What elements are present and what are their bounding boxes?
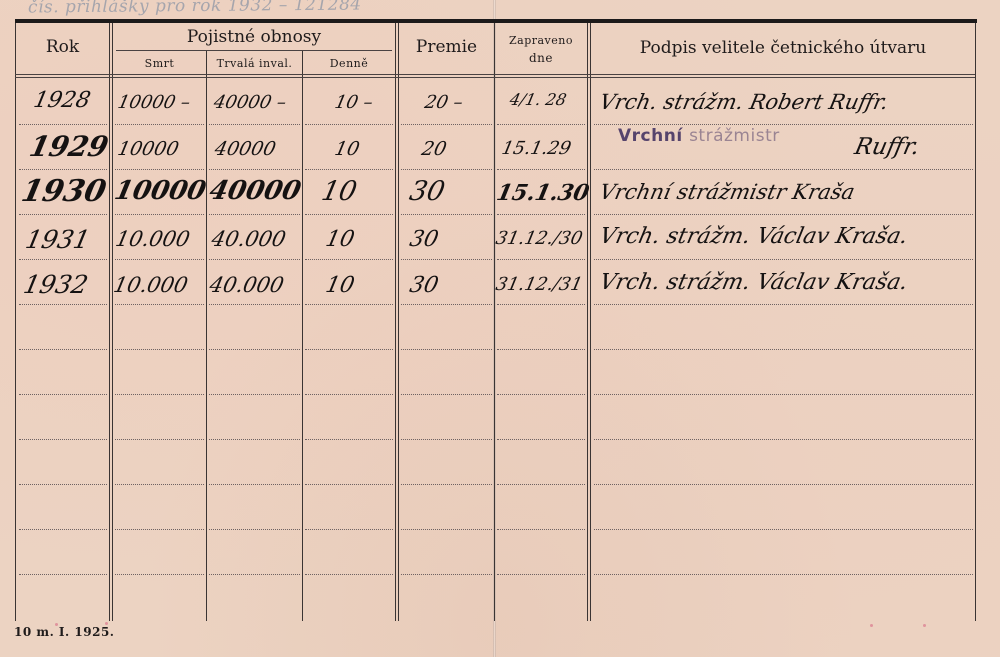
row-dotted-line bbox=[305, 439, 393, 440]
divider-rok-b bbox=[112, 23, 113, 621]
cell-denne: 10 bbox=[323, 227, 356, 252]
row-dotted-line bbox=[594, 214, 973, 215]
stamp-line-bold: Vrchní bbox=[618, 126, 683, 146]
row-dotted-line bbox=[305, 304, 393, 305]
row-dotted-line bbox=[115, 529, 204, 530]
row-dotted-line bbox=[497, 484, 585, 485]
row-dotted-line bbox=[209, 214, 300, 215]
row-dotted-line bbox=[401, 214, 492, 215]
row-dotted-line bbox=[305, 169, 393, 170]
divider-trvala bbox=[302, 50, 303, 621]
border-left bbox=[15, 23, 16, 621]
row-dotted-line bbox=[401, 259, 492, 260]
row-dotted-line bbox=[594, 394, 973, 395]
ink-speck bbox=[870, 624, 873, 627]
row-dotted-line bbox=[401, 574, 492, 575]
cell-smrt: 10000 – bbox=[116, 92, 192, 113]
row-dotted-line bbox=[19, 394, 107, 395]
row-dotted-line bbox=[305, 394, 393, 395]
row-dotted-line bbox=[19, 574, 107, 575]
cell-premie: 20 – bbox=[423, 92, 465, 113]
row-dotted-line bbox=[209, 439, 300, 440]
row-dotted-line bbox=[115, 169, 204, 170]
header-trvala-inval: Trvalá inval. bbox=[207, 57, 302, 70]
cell-smrt: 10.000 bbox=[111, 273, 190, 297]
cell-podpis: Vrchní strážmistr Kraša bbox=[597, 180, 856, 204]
cell-zapraveno: 15.1.29 bbox=[500, 138, 573, 159]
subheader-rule bbox=[116, 50, 392, 51]
row-dotted-line bbox=[497, 349, 585, 350]
row-dotted-line bbox=[594, 304, 973, 305]
row-dotted-line bbox=[209, 304, 300, 305]
table-top-rule bbox=[15, 19, 977, 23]
row-dotted-line bbox=[401, 304, 492, 305]
divider-denne-b bbox=[398, 23, 399, 621]
row-dotted-line bbox=[305, 124, 393, 125]
cell-rok: 1929 bbox=[26, 130, 111, 163]
document-page: čís. přihlášky pro rok 1932 – 121284 Rok… bbox=[0, 0, 1000, 657]
row-dotted-line bbox=[209, 529, 300, 530]
row-dotted-line bbox=[305, 349, 393, 350]
row-dotted-line bbox=[401, 484, 492, 485]
cell-premie: 30 bbox=[407, 273, 440, 298]
row-dotted-line bbox=[19, 529, 107, 530]
pencil-annotation: čís. přihlášky pro rok 1932 – 121284 bbox=[28, 0, 362, 17]
ink-speck bbox=[923, 624, 926, 627]
row-dotted-line bbox=[497, 394, 585, 395]
cell-trvala: 40.000 bbox=[209, 227, 288, 251]
header-rok: Rok bbox=[16, 37, 109, 57]
row-dotted-line bbox=[19, 349, 107, 350]
row-dotted-line bbox=[305, 259, 393, 260]
row-dotted-line bbox=[401, 349, 492, 350]
cell-denne: 10 – bbox=[333, 92, 375, 113]
row-dotted-line bbox=[115, 484, 204, 485]
row-dotted-line bbox=[209, 394, 300, 395]
cell-smrt: 10000 bbox=[116, 138, 181, 160]
row-dotted-line bbox=[209, 574, 300, 575]
cell-smrt: 10000 bbox=[112, 176, 209, 206]
row-dotted-line bbox=[19, 214, 107, 215]
stamp-line-faded: strážmistr bbox=[689, 126, 780, 146]
cell-zapraveno: 31.12./30 bbox=[494, 228, 585, 249]
print-run-mark: 10 m. I. 1925. bbox=[14, 625, 114, 639]
row-dotted-line bbox=[115, 259, 204, 260]
header-denne: Denně bbox=[303, 57, 395, 70]
row-dotted-line bbox=[115, 304, 204, 305]
cell-trvala: 40000 bbox=[213, 138, 278, 160]
row-dotted-line bbox=[497, 214, 585, 215]
row-dotted-line bbox=[594, 529, 973, 530]
row-dotted-line bbox=[594, 439, 973, 440]
cell-rok: 1932 bbox=[21, 270, 91, 299]
header-bottom-rule-a bbox=[15, 74, 975, 75]
row-dotted-line bbox=[497, 529, 585, 530]
row-dotted-line bbox=[401, 124, 492, 125]
divider-zapraveno-a bbox=[587, 23, 588, 621]
cell-trvala: 40000 – bbox=[212, 92, 288, 113]
row-dotted-line bbox=[401, 439, 492, 440]
row-dotted-line bbox=[594, 574, 973, 575]
row-dotted-line bbox=[497, 124, 585, 125]
row-dotted-line bbox=[401, 169, 492, 170]
cell-zapraveno: 15.1.30 bbox=[494, 180, 591, 206]
cell-premie: 30 bbox=[407, 227, 440, 252]
header-smrt: Smrt bbox=[113, 57, 206, 70]
header-pojistne-obnosy: Pojistné obnosy bbox=[113, 27, 395, 47]
cell-podpis: Vrch. strážm. Robert Ruffr. bbox=[597, 90, 890, 114]
cell-zapraveno: 4/1. 28 bbox=[508, 90, 568, 109]
row-dotted-line bbox=[115, 124, 204, 125]
row-dotted-line bbox=[401, 394, 492, 395]
cell-smrt: 10.000 bbox=[113, 227, 192, 251]
row-dotted-line bbox=[209, 124, 300, 125]
header-podpis: Podpis velitele četnického útvaru bbox=[591, 38, 975, 58]
header-bottom-rule-b bbox=[15, 77, 975, 78]
divider-denne-a bbox=[395, 23, 396, 621]
cell-podpis: Ruffr. bbox=[852, 134, 922, 160]
divider-smrt bbox=[206, 50, 207, 621]
cell-zapraveno: 31.12./31 bbox=[494, 274, 585, 295]
header-zapraveno-dne: dne bbox=[495, 51, 587, 65]
row-dotted-line bbox=[19, 169, 107, 170]
row-dotted-line bbox=[401, 529, 492, 530]
row-dotted-line bbox=[19, 259, 107, 260]
row-dotted-line bbox=[497, 439, 585, 440]
row-dotted-line bbox=[497, 304, 585, 305]
row-dotted-line bbox=[497, 574, 585, 575]
ink-speck bbox=[55, 623, 58, 626]
rank-stamp: Vrchní strážmistr bbox=[618, 126, 780, 146]
row-dotted-line bbox=[115, 349, 204, 350]
cell-rok: 1931 bbox=[23, 225, 93, 254]
row-dotted-line bbox=[594, 484, 973, 485]
row-dotted-line bbox=[115, 439, 204, 440]
ink-speck bbox=[105, 622, 108, 625]
cell-denne: 10 bbox=[323, 273, 356, 298]
border-right bbox=[975, 23, 976, 621]
row-dotted-line bbox=[594, 169, 973, 170]
row-dotted-line bbox=[305, 529, 393, 530]
row-dotted-line bbox=[19, 124, 107, 125]
row-dotted-line bbox=[209, 349, 300, 350]
row-dotted-line bbox=[209, 259, 300, 260]
header-premie: Premie bbox=[399, 37, 494, 57]
row-dotted-line bbox=[19, 304, 107, 305]
row-dotted-line bbox=[19, 439, 107, 440]
cell-denne: 10 bbox=[319, 176, 360, 207]
cell-rok: 1928 bbox=[31, 88, 92, 113]
cell-podpis: Vrch. strážm. Václav Kraša. bbox=[597, 270, 910, 295]
row-dotted-line bbox=[115, 574, 204, 575]
row-dotted-line bbox=[594, 349, 973, 350]
row-dotted-line bbox=[209, 169, 300, 170]
row-dotted-line bbox=[19, 484, 107, 485]
header-zapraveno: Zapraveno bbox=[495, 34, 587, 47]
row-dotted-line bbox=[115, 394, 204, 395]
row-dotted-line bbox=[594, 124, 973, 125]
divider-premie bbox=[494, 23, 495, 621]
cell-trvala: 40000 bbox=[207, 176, 304, 206]
row-dotted-line bbox=[115, 214, 204, 215]
row-dotted-line bbox=[497, 259, 585, 260]
cell-rok: 1930 bbox=[18, 174, 109, 209]
divider-rok-a bbox=[109, 23, 110, 621]
row-dotted-line bbox=[497, 169, 585, 170]
row-dotted-line bbox=[305, 214, 393, 215]
cell-podpis: Vrch. strážm. Václav Kraša. bbox=[597, 224, 910, 249]
cell-premie: 30 bbox=[407, 176, 448, 207]
row-dotted-line bbox=[594, 259, 973, 260]
row-dotted-line bbox=[305, 484, 393, 485]
cell-premie: 20 bbox=[420, 138, 449, 160]
row-dotted-line bbox=[305, 574, 393, 575]
cell-trvala: 40.000 bbox=[207, 273, 286, 297]
divider-zapraveno-b bbox=[590, 23, 591, 621]
row-dotted-line bbox=[209, 484, 300, 485]
cell-denne: 10 bbox=[333, 138, 362, 160]
